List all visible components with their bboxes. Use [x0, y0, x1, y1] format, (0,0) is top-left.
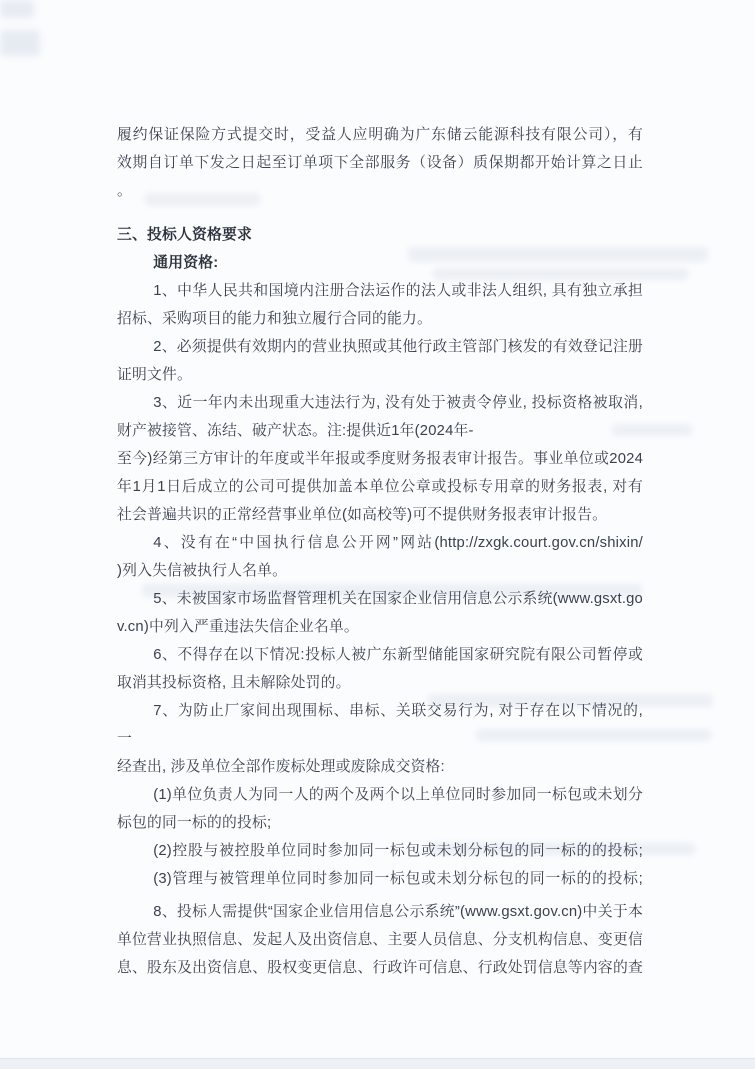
text-line: (2)控股与被控股单位同时参加同一标包或未划分标包的同一标的的投标; — [117, 837, 643, 865]
text-line: 6、不得存在以下情况:投标人被广东新型储能国家研究院有限公司暂停或 — [117, 641, 643, 669]
text-line: 5、未被国家市场监督管理机关在国家企业信用信息公示系统(www.gsxt.go — [117, 585, 643, 613]
text-line: 效期自订单下发之日起至订单项下全部服务（设备）质保期都开始计算之日止 — [117, 149, 643, 177]
text-line: 息、股东及出资信息、股权变更信息、行政许可信息、行政处罚信息等内容的查 — [117, 954, 643, 982]
text-line: )列入失信被执行人名单。 — [117, 557, 643, 585]
text-line: 2、必须提供有效期内的营业执照或其他行政主管部门核发的有效登记注册 — [117, 333, 643, 361]
text-line: 招标、采购项目的能力和独立履行合同的能力。 — [117, 305, 643, 333]
text-line: 财产被接管、冻结、破产状态。注:提供近1年(2024年- — [117, 417, 643, 445]
text-line: 履约保证保险方式提交时，受益人应明确为广东储云能源科技有限公司），有 — [117, 121, 643, 149]
document-text-block: 履约保证保险方式提交时，受益人应明确为广东储云能源科技有限公司），有效期自订单下… — [117, 121, 643, 982]
page-bottom-scan-edge — [0, 1058, 755, 1069]
text-line: 。 — [117, 177, 643, 205]
heading-line: 通用资格: — [117, 249, 643, 277]
text-line: 8、投标人需提供“国家企业信用信息公示系统”(www.gsxt.gov.cn)中… — [117, 898, 643, 926]
scan-smudge-icon — [0, 0, 34, 18]
text-line: 7、为防止厂家间出现围标、串标、关联交易行为, 对于存在以下情况的, 一 — [117, 697, 643, 753]
text-line: 至今)经第三方审计的年度或半年报或季度财务报表审计报告。事业单位或2024 — [117, 445, 643, 473]
scan-smudge-icon — [0, 30, 40, 56]
text-line: 证明文件。 — [117, 361, 643, 389]
text-line: 单位营业执照信息、发起人及出资信息、主要人员信息、分支机构信息、变更信 — [117, 926, 643, 954]
document-page: 履约保证保险方式提交时，受益人应明确为广东储云能源科技有限公司），有效期自订单下… — [0, 0, 755, 1069]
text-line: (1)单位负责人为同一人的两个及两个以上单位同时参加同一标包或未划分 — [117, 781, 643, 809]
text-line: 年1月1日后成立的公司可提供加盖本单位公章或投标专用章的财务报表, 对有 — [117, 473, 643, 501]
text-line: 取消其投标资格, 且未解除处罚的。 — [117, 669, 643, 697]
text-line: v.cn)中列入严重违法失信企业名单。 — [117, 613, 643, 641]
heading-line: 三、投标人资格要求 — [117, 221, 643, 249]
text-line: 社会普遍共识的正常经营事业单位(如高校等)可不提供财务报表审计报告。 — [117, 501, 643, 529]
text-line: 1、中华人民共和国境内注册合法运作的法人或非法人组织, 具有独立承担 — [117, 277, 643, 305]
text-line: 4、没有在“中国执行信息公开网”网站(http://zxgk.court.gov… — [117, 529, 643, 557]
text-line: 标包的同一标的的投标; — [117, 809, 643, 837]
text-line: 经查出, 涉及单位全部作废标处理或废除成交资格: — [117, 753, 643, 781]
text-line: (3)管理与被管理单位同时参加同一标包或未划分标包的同一标的的投标; — [117, 865, 643, 893]
text-line: 3、近一年内未出现重大违法行为, 没有处于被责令停业, 投标资格被取消, — [117, 389, 643, 417]
